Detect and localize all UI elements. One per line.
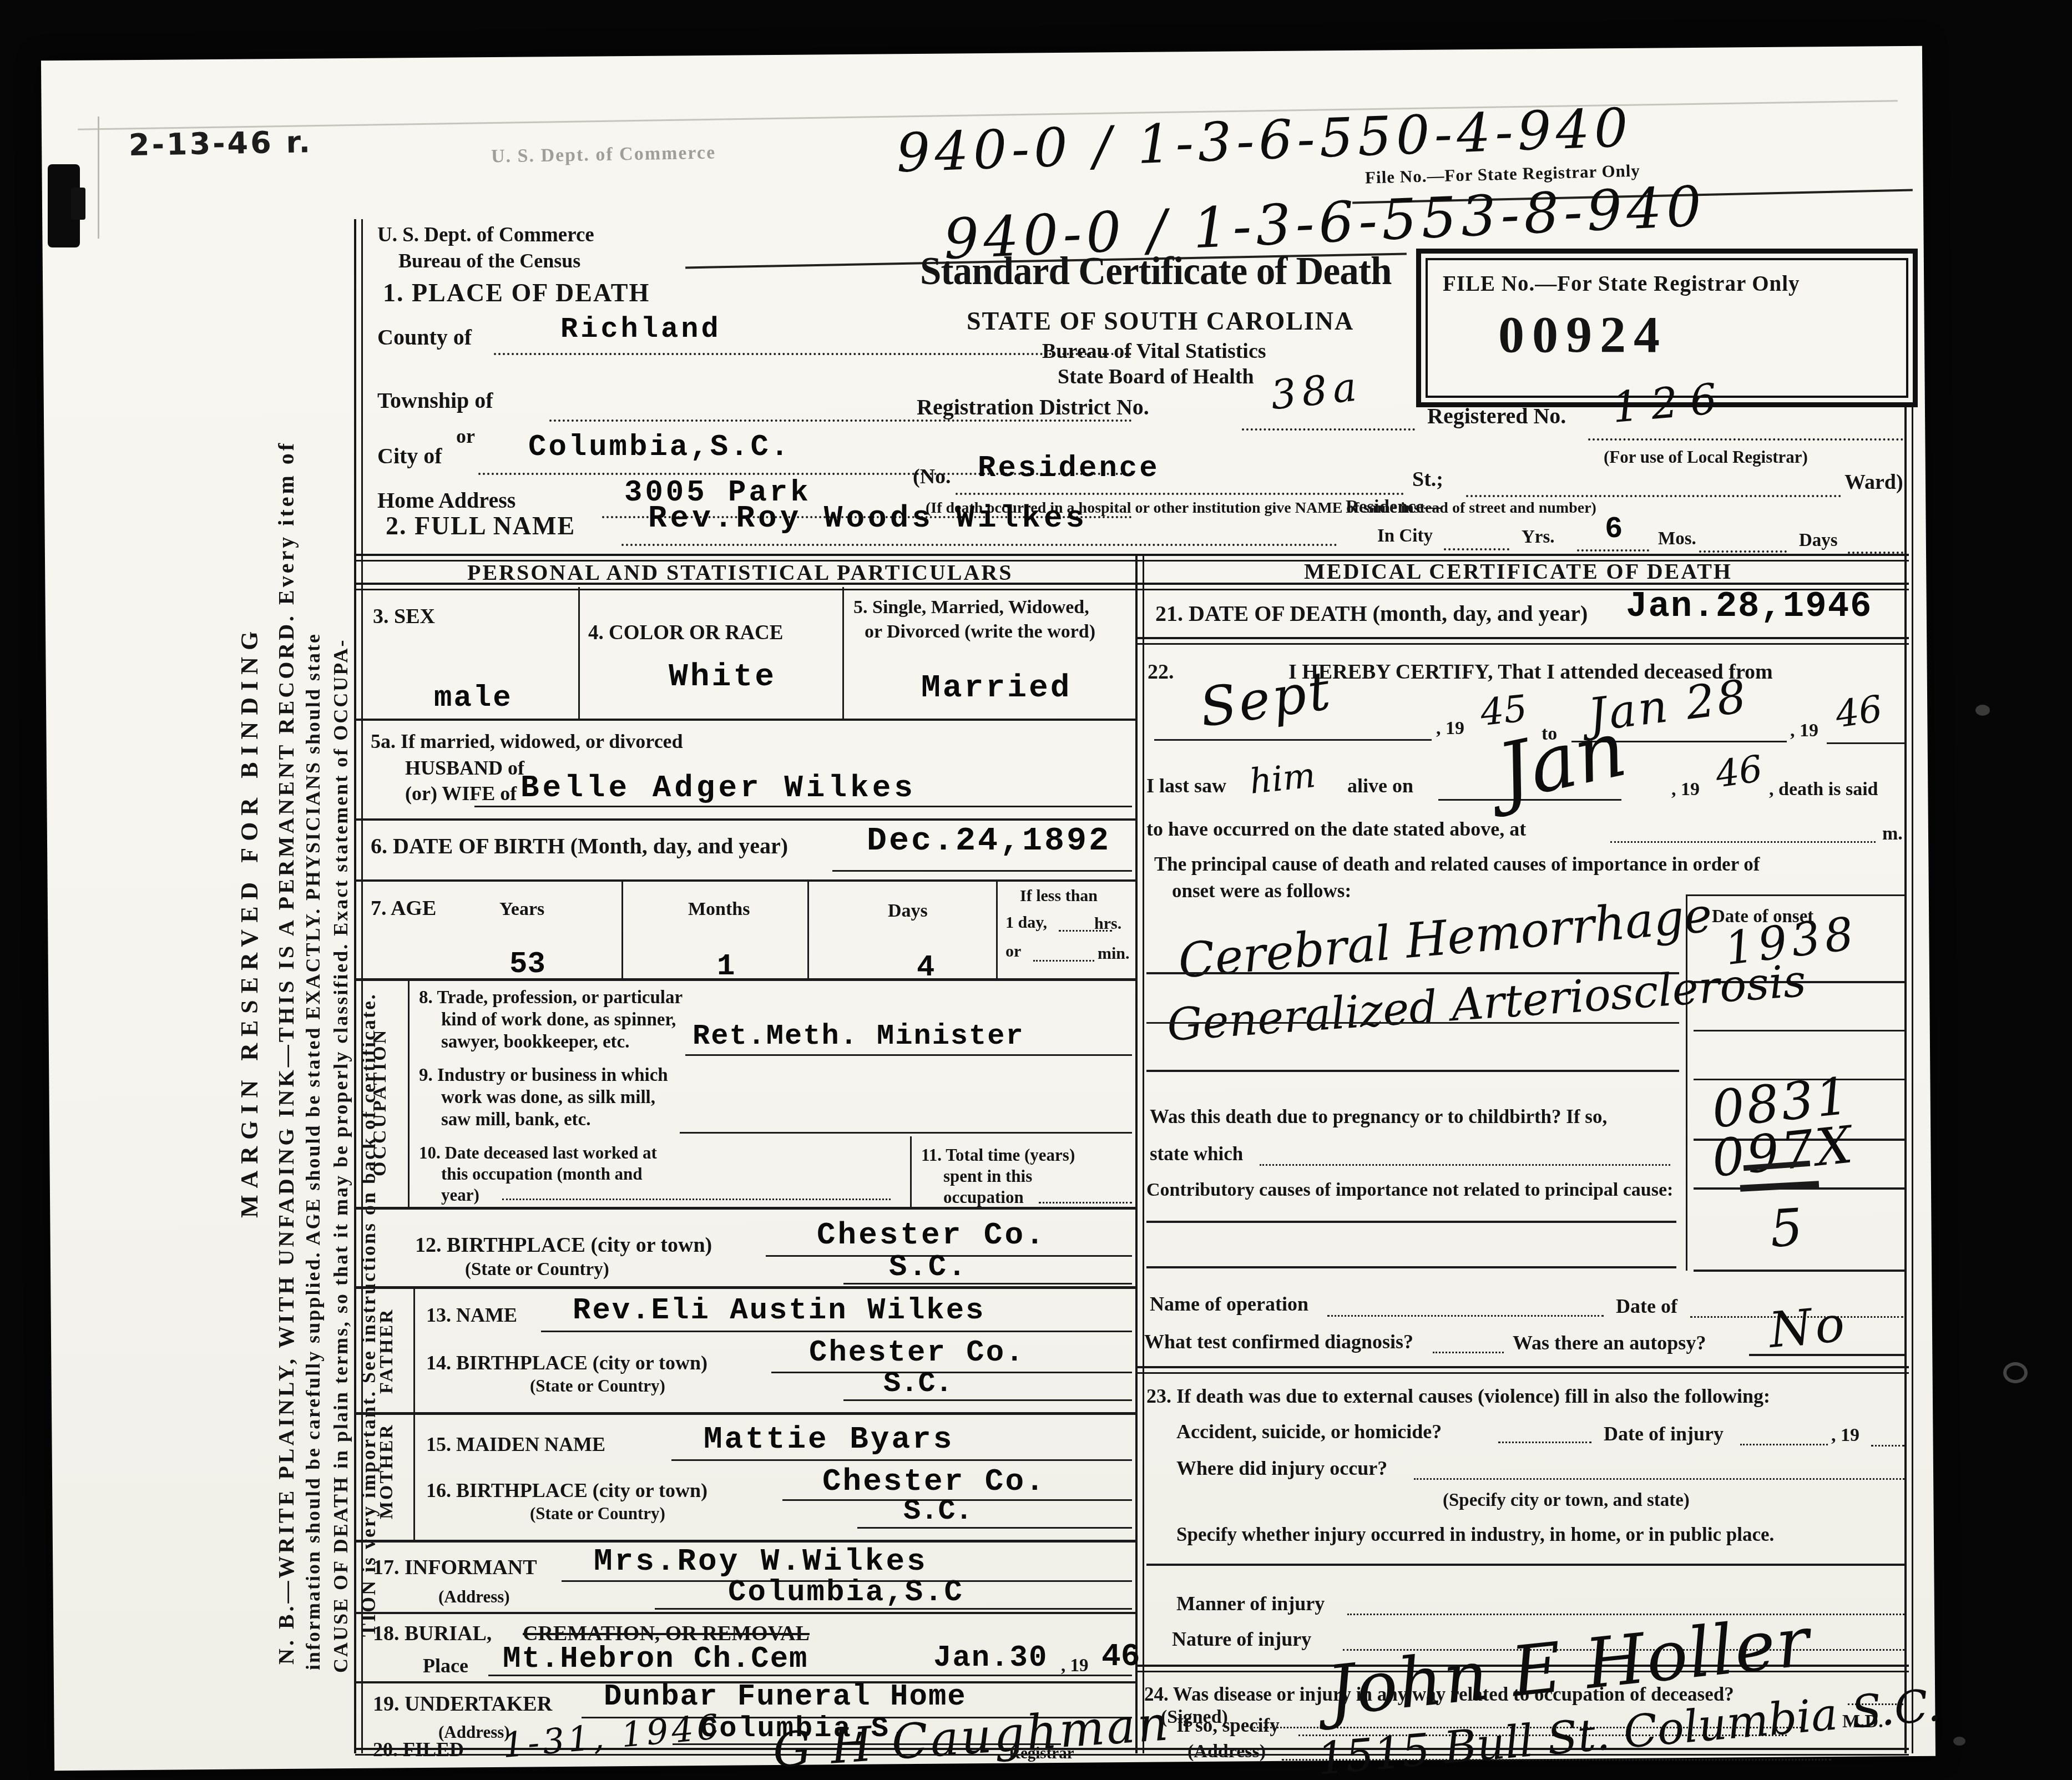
sex-label: 3. SEX bbox=[373, 606, 435, 627]
cell-divider bbox=[996, 879, 998, 978]
onset-column-top bbox=[1686, 894, 1906, 896]
mother-name-line bbox=[671, 1459, 1132, 1461]
county-line bbox=[494, 353, 1132, 355]
injury-19-label: , 19 bbox=[1831, 1426, 1859, 1445]
operation-label: Name of operation bbox=[1150, 1294, 1308, 1314]
race-value: White bbox=[669, 661, 776, 694]
last-worked-label-1: 10. Date deceased last worked at bbox=[419, 1144, 657, 1161]
alive-on-label: alive on bbox=[1347, 776, 1413, 796]
mother-birthplace-value: Chester Co. bbox=[822, 1466, 1046, 1497]
last-worked-label-2: this occupation (month and bbox=[441, 1165, 643, 1182]
margin-note-line: N. B.—WRITE PLAINLY, WITH UNFADING INK—T… bbox=[275, 194, 297, 1665]
principal-cause-label-1: The principal cause of death and related… bbox=[1154, 854, 1760, 874]
burial-19-label: , 19 bbox=[1061, 1657, 1089, 1675]
address-label: (Address) bbox=[1187, 1742, 1266, 1761]
burial-label: 18. BURIAL, bbox=[373, 1623, 492, 1644]
stat-code-2: 097X bbox=[1710, 1119, 1857, 1185]
ink-blot bbox=[71, 188, 85, 220]
if-less-label-1: If less than bbox=[1020, 888, 1098, 904]
occupation-line bbox=[685, 1054, 1132, 1056]
to-19-label: , 19 bbox=[1790, 721, 1818, 740]
county-value: Richland bbox=[560, 315, 721, 344]
row-line-heavy bbox=[355, 1412, 1138, 1415]
local-registrar-note: (For use of Local Registrar) bbox=[1604, 448, 1808, 466]
age-days-header: Days bbox=[888, 902, 928, 921]
item-23-label: 23. If death was due to external causes … bbox=[1146, 1386, 1770, 1406]
min-line bbox=[1033, 960, 1094, 962]
informant-address-value: Columbia,S.C bbox=[728, 1578, 964, 1608]
form-left-border bbox=[354, 219, 363, 1753]
from-19-label: , 19 bbox=[1436, 719, 1464, 738]
mother-state-value: S.C. bbox=[903, 1497, 973, 1526]
undertaker-value: Dunbar Funeral Home bbox=[604, 1682, 967, 1712]
spouse-value: Belle Adger Wilkes bbox=[520, 772, 916, 803]
cause-line-3 bbox=[1146, 1070, 1679, 1072]
cell-divider bbox=[807, 879, 809, 978]
principal-cause-label-2: onset were as follows: bbox=[1172, 881, 1351, 901]
occupation-tab: OCCUPATION bbox=[371, 982, 390, 1176]
film-speck bbox=[2003, 1362, 2028, 1383]
full-name-value: Rev.Roy Woods Wilkes bbox=[648, 503, 1088, 534]
industry-label-2: work was done, as silk mill, bbox=[441, 1089, 655, 1107]
age-years-value: 53 bbox=[509, 950, 545, 980]
industry-label-1: 9. Industry or business in which bbox=[419, 1066, 668, 1085]
attended-line bbox=[1827, 742, 1904, 744]
burial-year-value: 46 bbox=[1101, 1641, 1140, 1673]
father-birthplace-value: Chester Co. bbox=[809, 1338, 1025, 1368]
registered-no-line bbox=[1588, 438, 1903, 441]
burial-date-value: Jan.30 bbox=[933, 1644, 1048, 1673]
margin-note-line: MARGIN RESERVED FOR BINDING bbox=[237, 569, 262, 1218]
accident-label: Accident, suicide, or homicide? bbox=[1176, 1422, 1442, 1442]
cell-divider bbox=[578, 587, 580, 719]
occurred-label: to have occurred on the date stated abov… bbox=[1146, 819, 1526, 839]
or-label: or bbox=[456, 426, 475, 446]
cell-divider bbox=[842, 587, 844, 719]
state-board-of-health: State Board of Health bbox=[1058, 366, 1254, 387]
registrar-label: Registrar bbox=[1009, 1746, 1074, 1762]
last-worked-label-3: year) bbox=[441, 1186, 479, 1203]
city-value: Columbia,S.C. bbox=[528, 433, 791, 463]
operation-line bbox=[1327, 1315, 1604, 1317]
row-line bbox=[355, 719, 1138, 721]
contributory-label: Contributory causes of importance not re… bbox=[1146, 1181, 1673, 1200]
min-label: min. bbox=[1098, 945, 1130, 962]
yrs-label: Yrs. bbox=[1522, 528, 1555, 547]
film-speck bbox=[1975, 705, 1990, 716]
industry-line bbox=[680, 1132, 1132, 1134]
township-label: Township of bbox=[377, 390, 493, 412]
race-label: 4. COLOR OR RACE bbox=[588, 623, 784, 643]
filed-label: 20. FILED bbox=[373, 1739, 464, 1759]
trade-label-3: sawyer, bookkeeper, etc. bbox=[441, 1033, 629, 1051]
informant-label: 17. INFORMANT bbox=[373, 1557, 537, 1578]
rule-under-dod bbox=[1138, 637, 1909, 645]
personal-section-header: PERSONAL AND STATISTICAL PARTICULARS bbox=[467, 562, 1013, 584]
occupation-value: Ret.Meth. Minister bbox=[693, 1022, 1024, 1051]
cell-divider bbox=[621, 879, 623, 978]
yrs-line bbox=[1577, 549, 1649, 552]
mother-name-value: Mattie Byars bbox=[704, 1424, 954, 1455]
autopsy-line bbox=[1749, 1354, 1904, 1356]
bureau-vital-statistics: Bureau of Vital Statistics bbox=[1042, 341, 1266, 362]
industry-label-3: saw mill, bank, etc. bbox=[441, 1111, 591, 1129]
marital-value: Married bbox=[921, 672, 1072, 705]
onset-line-2 bbox=[1694, 1030, 1904, 1031]
ghost-department-text: U. S. Dept. of Commerce bbox=[491, 143, 716, 166]
total-time-label-1: 11. Total time (years) bbox=[921, 1146, 1075, 1164]
registration-district-label: Registration District No. bbox=[917, 396, 1149, 418]
mother-tab: MOTHER bbox=[377, 1408, 396, 1519]
mother-tab-divider bbox=[413, 1412, 415, 1540]
mother-name-label: 15. MAIDEN NAME bbox=[426, 1434, 605, 1454]
last-19-label: , 19 bbox=[1671, 780, 1700, 799]
manner-label: Manner of injury bbox=[1176, 1594, 1325, 1614]
burial-line bbox=[488, 1675, 1132, 1676]
birthplace-state-value: S.C. bbox=[889, 1253, 968, 1283]
cause-line-2 bbox=[1146, 1022, 1679, 1024]
item-22-label: 22. bbox=[1148, 661, 1174, 682]
row-line bbox=[355, 1612, 1138, 1614]
father-name-line bbox=[541, 1331, 1132, 1332]
or-min-label: or bbox=[1005, 943, 1021, 960]
row-line-heavy bbox=[355, 1286, 1138, 1289]
mother-birthplace-label: 16. BIRTHPLACE (city or town) bbox=[426, 1480, 707, 1500]
burial-place-value: Mt.Hebron Ch.Cem bbox=[503, 1645, 808, 1675]
accident-line bbox=[1498, 1442, 1591, 1443]
date-annotation: 2-13-46 r. bbox=[129, 127, 313, 160]
injury-date-line bbox=[1740, 1444, 1828, 1445]
cell-divider bbox=[910, 1136, 912, 1207]
contributory-line-right bbox=[1694, 1270, 1904, 1272]
birthplace-value: Chester Co. bbox=[817, 1220, 1047, 1251]
margin-note-line: information should be carefully supplied… bbox=[303, 194, 323, 1670]
last-worked-line bbox=[502, 1199, 891, 1200]
occurred-line bbox=[1610, 841, 1876, 843]
film-speck bbox=[1953, 1737, 1965, 1746]
married-widowed-label: 5a. If married, widowed, or divorced bbox=[371, 731, 683, 751]
autopsy-label: Was there an autopsy? bbox=[1513, 1333, 1706, 1353]
specify-where-label: Specify whether injury occurred in indus… bbox=[1176, 1525, 1774, 1544]
county-label: County of bbox=[377, 326, 472, 348]
father-state-line bbox=[843, 1399, 1132, 1401]
father-state-value: S.C. bbox=[883, 1369, 953, 1398]
trade-label-2: kind of work done, as spinner, bbox=[441, 1011, 676, 1029]
hrs-label: hrs. bbox=[1094, 916, 1121, 932]
state-title: STATE OF SOUTH CAROLINA bbox=[967, 309, 1354, 334]
mos-label: Mos. bbox=[1658, 530, 1696, 548]
operation-date-label: Date of bbox=[1616, 1296, 1677, 1316]
registered-no-value: 126 bbox=[1610, 377, 1731, 429]
bureau-of-census-label: Bureau of the Census bbox=[398, 251, 580, 271]
signed-label: (Signed) bbox=[1161, 1708, 1228, 1727]
occupation-tab-divider bbox=[408, 978, 410, 1207]
file-no-box-label: FILE No.—For State Registrar Only bbox=[1443, 273, 1800, 295]
informant-value: Mrs.Roy W.Wilkes bbox=[594, 1546, 928, 1577]
state-which-line bbox=[1260, 1164, 1670, 1166]
row-line bbox=[355, 818, 1138, 821]
registered-no-label: Registered No. bbox=[1427, 405, 1566, 427]
date-of-death-label: 21. DATE OF DEATH (month, day, and year) bbox=[1155, 603, 1588, 625]
birthplace-label: 12. BIRTHPLACE (city or town) bbox=[415, 1235, 712, 1256]
marital-label-2: or Divorced (write the word) bbox=[865, 623, 1095, 641]
file-no-value: 00924 bbox=[1498, 309, 1667, 361]
residence-in-city-label: Residence— bbox=[1346, 498, 1442, 517]
total-time-line bbox=[1039, 1202, 1132, 1203]
trade-label-1: 8. Trade, profession, or particular bbox=[419, 989, 683, 1007]
total-time-label-2: spent in this bbox=[943, 1167, 1032, 1185]
dob-line bbox=[832, 870, 1132, 872]
yrs-value: 6 bbox=[1605, 515, 1623, 545]
informant-address-label: (Address) bbox=[438, 1588, 510, 1605]
birthplace-state-label: (State or Country) bbox=[465, 1261, 609, 1279]
last-saw-label: I last saw bbox=[1146, 776, 1226, 796]
full-name-line bbox=[621, 544, 1337, 546]
street-line bbox=[1466, 495, 1841, 497]
wife-of-label: (or) WIFE of bbox=[405, 783, 517, 803]
mother-state-line bbox=[857, 1527, 1132, 1529]
contributory-line-2 bbox=[1146, 1266, 1676, 1268]
row-line-heavy bbox=[355, 978, 1138, 981]
dob-label: 6. DATE OF BIRTH (Month, day, and year) bbox=[371, 835, 788, 857]
father-name-label: 13. NAME bbox=[426, 1305, 517, 1325]
contributory-line-1 bbox=[1146, 1221, 1676, 1223]
form-center-divider bbox=[1135, 555, 1144, 1753]
if-less-label-2: 1 day, bbox=[1005, 914, 1047, 931]
where-injury-label: Where did injury occur? bbox=[1176, 1458, 1387, 1478]
specify-city-label: (Specify city or town, and state) bbox=[1443, 1491, 1690, 1510]
stat-code-3: 5 bbox=[1768, 1202, 1805, 1255]
ward-label: Ward) bbox=[1844, 472, 1903, 493]
row-line-heavy bbox=[355, 1540, 1138, 1543]
mother-state-label: (State or Country) bbox=[530, 1505, 665, 1522]
sheet-edge bbox=[98, 117, 99, 239]
in-city-line bbox=[1444, 548, 1509, 550]
dob-value: Dec.24,1892 bbox=[867, 825, 1111, 858]
home-address-label: Home Address bbox=[377, 489, 516, 512]
burial-struck-words: CREMATION, OR REMOVAL bbox=[523, 1623, 810, 1644]
place-of-death-heading: 1. PLACE OF DEATH bbox=[383, 280, 650, 306]
age-label: 7. AGE bbox=[371, 898, 436, 919]
burial-place-label: Place bbox=[423, 1656, 468, 1676]
registration-district-line bbox=[1242, 428, 1415, 431]
father-birthplace-label: 14. BIRTHPLACE (city or town) bbox=[426, 1353, 707, 1373]
informant-address-line bbox=[655, 1608, 1132, 1610]
birthplace-state-line bbox=[843, 1283, 1132, 1285]
days-label: Days bbox=[1799, 532, 1838, 550]
age-months-value: 1 bbox=[717, 952, 735, 982]
test-label: What test confirmed diagnosis? bbox=[1144, 1332, 1413, 1352]
father-name-value: Rev.Eli Austin Wilkes bbox=[573, 1296, 986, 1326]
certificate-title: Standard Certificate of Death bbox=[920, 251, 1391, 291]
row-line-heavy bbox=[355, 1207, 1138, 1210]
scanned-death-certificate: MARGIN RESERVED FOR BINDING N. B.—WRITE … bbox=[0, 0, 2072, 1780]
injury-year-line bbox=[1871, 1445, 1904, 1447]
last-year-value: 46 bbox=[1714, 750, 1765, 793]
residence-line bbox=[956, 493, 1404, 495]
father-tab: FATHER bbox=[377, 1277, 396, 1394]
rule-under-test bbox=[1138, 1366, 1909, 1374]
age-years-header: Years bbox=[499, 900, 544, 919]
spouse-line bbox=[474, 806, 1132, 807]
autopsy-value: No bbox=[1767, 1299, 1849, 1355]
mos-line bbox=[1699, 550, 1787, 553]
dept-of-commerce-label: U. S. Dept. of Commerce bbox=[377, 225, 594, 245]
margin-note-line: CAUSE OF DEATH in plain terms, so that i… bbox=[331, 191, 351, 1673]
him-handwritten: him bbox=[1248, 758, 1317, 799]
full-name-label: 2. FULL NAME bbox=[386, 513, 575, 539]
row-line bbox=[355, 879, 1138, 882]
city-label: City of bbox=[377, 445, 442, 467]
street-label: St.; bbox=[1412, 469, 1443, 490]
death-said-label: , death is said bbox=[1769, 780, 1878, 799]
test-line bbox=[1433, 1352, 1504, 1353]
in-city-label: In City bbox=[1377, 527, 1433, 545]
total-time-label-3: occupation bbox=[943, 1189, 1024, 1206]
to-year-value: 46 bbox=[1833, 690, 1884, 733]
father-tab-divider bbox=[413, 1286, 415, 1412]
registration-district-value: 38a bbox=[1269, 366, 1364, 416]
specify-line bbox=[1146, 1564, 1904, 1566]
undertaker-label: 19. UNDERTAKER bbox=[373, 1693, 552, 1715]
manner-line bbox=[1347, 1614, 1904, 1615]
form-right-border bbox=[1904, 401, 1913, 1753]
date-of-death-value: Jan.28,1946 bbox=[1626, 589, 1872, 625]
days-line bbox=[1848, 552, 1903, 554]
medical-section-header: MEDICAL CERTIFICATE OF DEATH bbox=[1304, 560, 1732, 583]
injury-date-label: Date of injury bbox=[1604, 1424, 1724, 1444]
nature-label: Nature of injury bbox=[1172, 1629, 1311, 1649]
father-state-label: (State or Country) bbox=[530, 1377, 665, 1394]
age-months-header: Months bbox=[688, 900, 750, 919]
m-label: m. bbox=[1882, 825, 1903, 843]
no-label: (No. bbox=[913, 466, 951, 487]
where-injury-line bbox=[1414, 1478, 1904, 1480]
residence-value: Residence bbox=[978, 454, 1160, 484]
onset-column-divider bbox=[1686, 894, 1687, 1271]
township-line bbox=[549, 419, 1132, 422]
marital-label-1: 5. Single, Married, Widowed, bbox=[853, 598, 1089, 617]
pregnancy-label: Was this death due to pregnancy or to ch… bbox=[1150, 1107, 1607, 1126]
husband-of-label: HUSBAND of bbox=[405, 758, 524, 778]
attended-line bbox=[1154, 739, 1432, 741]
state-which-label: state which bbox=[1150, 1144, 1243, 1164]
sex-value: male bbox=[434, 684, 513, 714]
